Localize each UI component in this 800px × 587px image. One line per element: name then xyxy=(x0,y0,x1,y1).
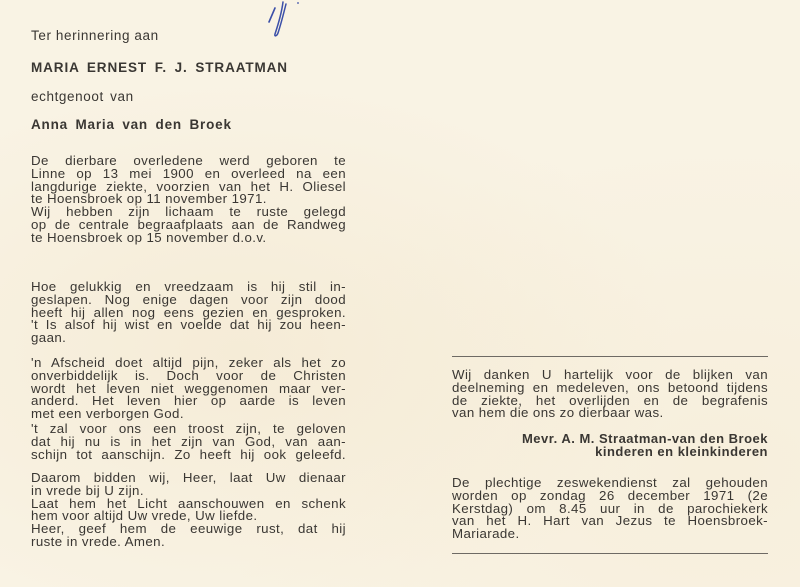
signoff-line-family: kinderen en kleinkinderen xyxy=(522,445,768,458)
thanks-paragraph: Wij danken U hartelijk voor de blijken v… xyxy=(452,369,768,420)
text-line: Mariarade. xyxy=(452,528,768,541)
text-line: met een verborgen God. xyxy=(31,408,346,421)
spouse-name: Anna Maria van den Broek xyxy=(31,117,232,132)
spouse-label: echtgenoot van xyxy=(31,89,134,104)
handwritten-pen-mark-icon xyxy=(262,0,310,40)
biography-paragraph: De dierbare overledene werd geboren teLi… xyxy=(31,155,346,245)
consolation-paragraph: 't zal voor ons een troost zijn, te gelo… xyxy=(31,423,346,461)
text-line: te Hoensbroek op 15 november d.o.v. xyxy=(31,232,346,245)
family-signoff: Mevr. A. M. Straatman-van den Broek kind… xyxy=(522,432,768,458)
divider-bottom xyxy=(452,553,768,554)
prayer-paragraph: Daarom bidden wij, Heer, laat Uw dienaar… xyxy=(31,472,346,549)
text-line: schijn tot aanschijn. Zo heeft hij ook g… xyxy=(31,449,346,462)
deceased-name: MARIA ERNEST F. J. STRAATMAN xyxy=(31,60,288,75)
farewell-paragraph: 'n Afscheid doet altijd pijn, zeker als … xyxy=(31,357,346,421)
text-line: gaan. xyxy=(31,332,346,345)
text-line: ruste in vrede. Amen. xyxy=(31,536,346,549)
intro-text: Ter herinnering aan xyxy=(31,28,159,43)
text-line: van hem die ons zo dierbaar was. xyxy=(452,407,768,420)
memorial-service-paragraph: De plechtige zeswekendienst zal gehouden… xyxy=(452,477,768,541)
reflection-paragraph: Hoe gelukkig en vreedzaam is hij stil in… xyxy=(31,281,346,345)
divider-top xyxy=(452,356,768,357)
text-line: 't Is alsof hij wist en voelde dat hij z… xyxy=(31,319,346,332)
